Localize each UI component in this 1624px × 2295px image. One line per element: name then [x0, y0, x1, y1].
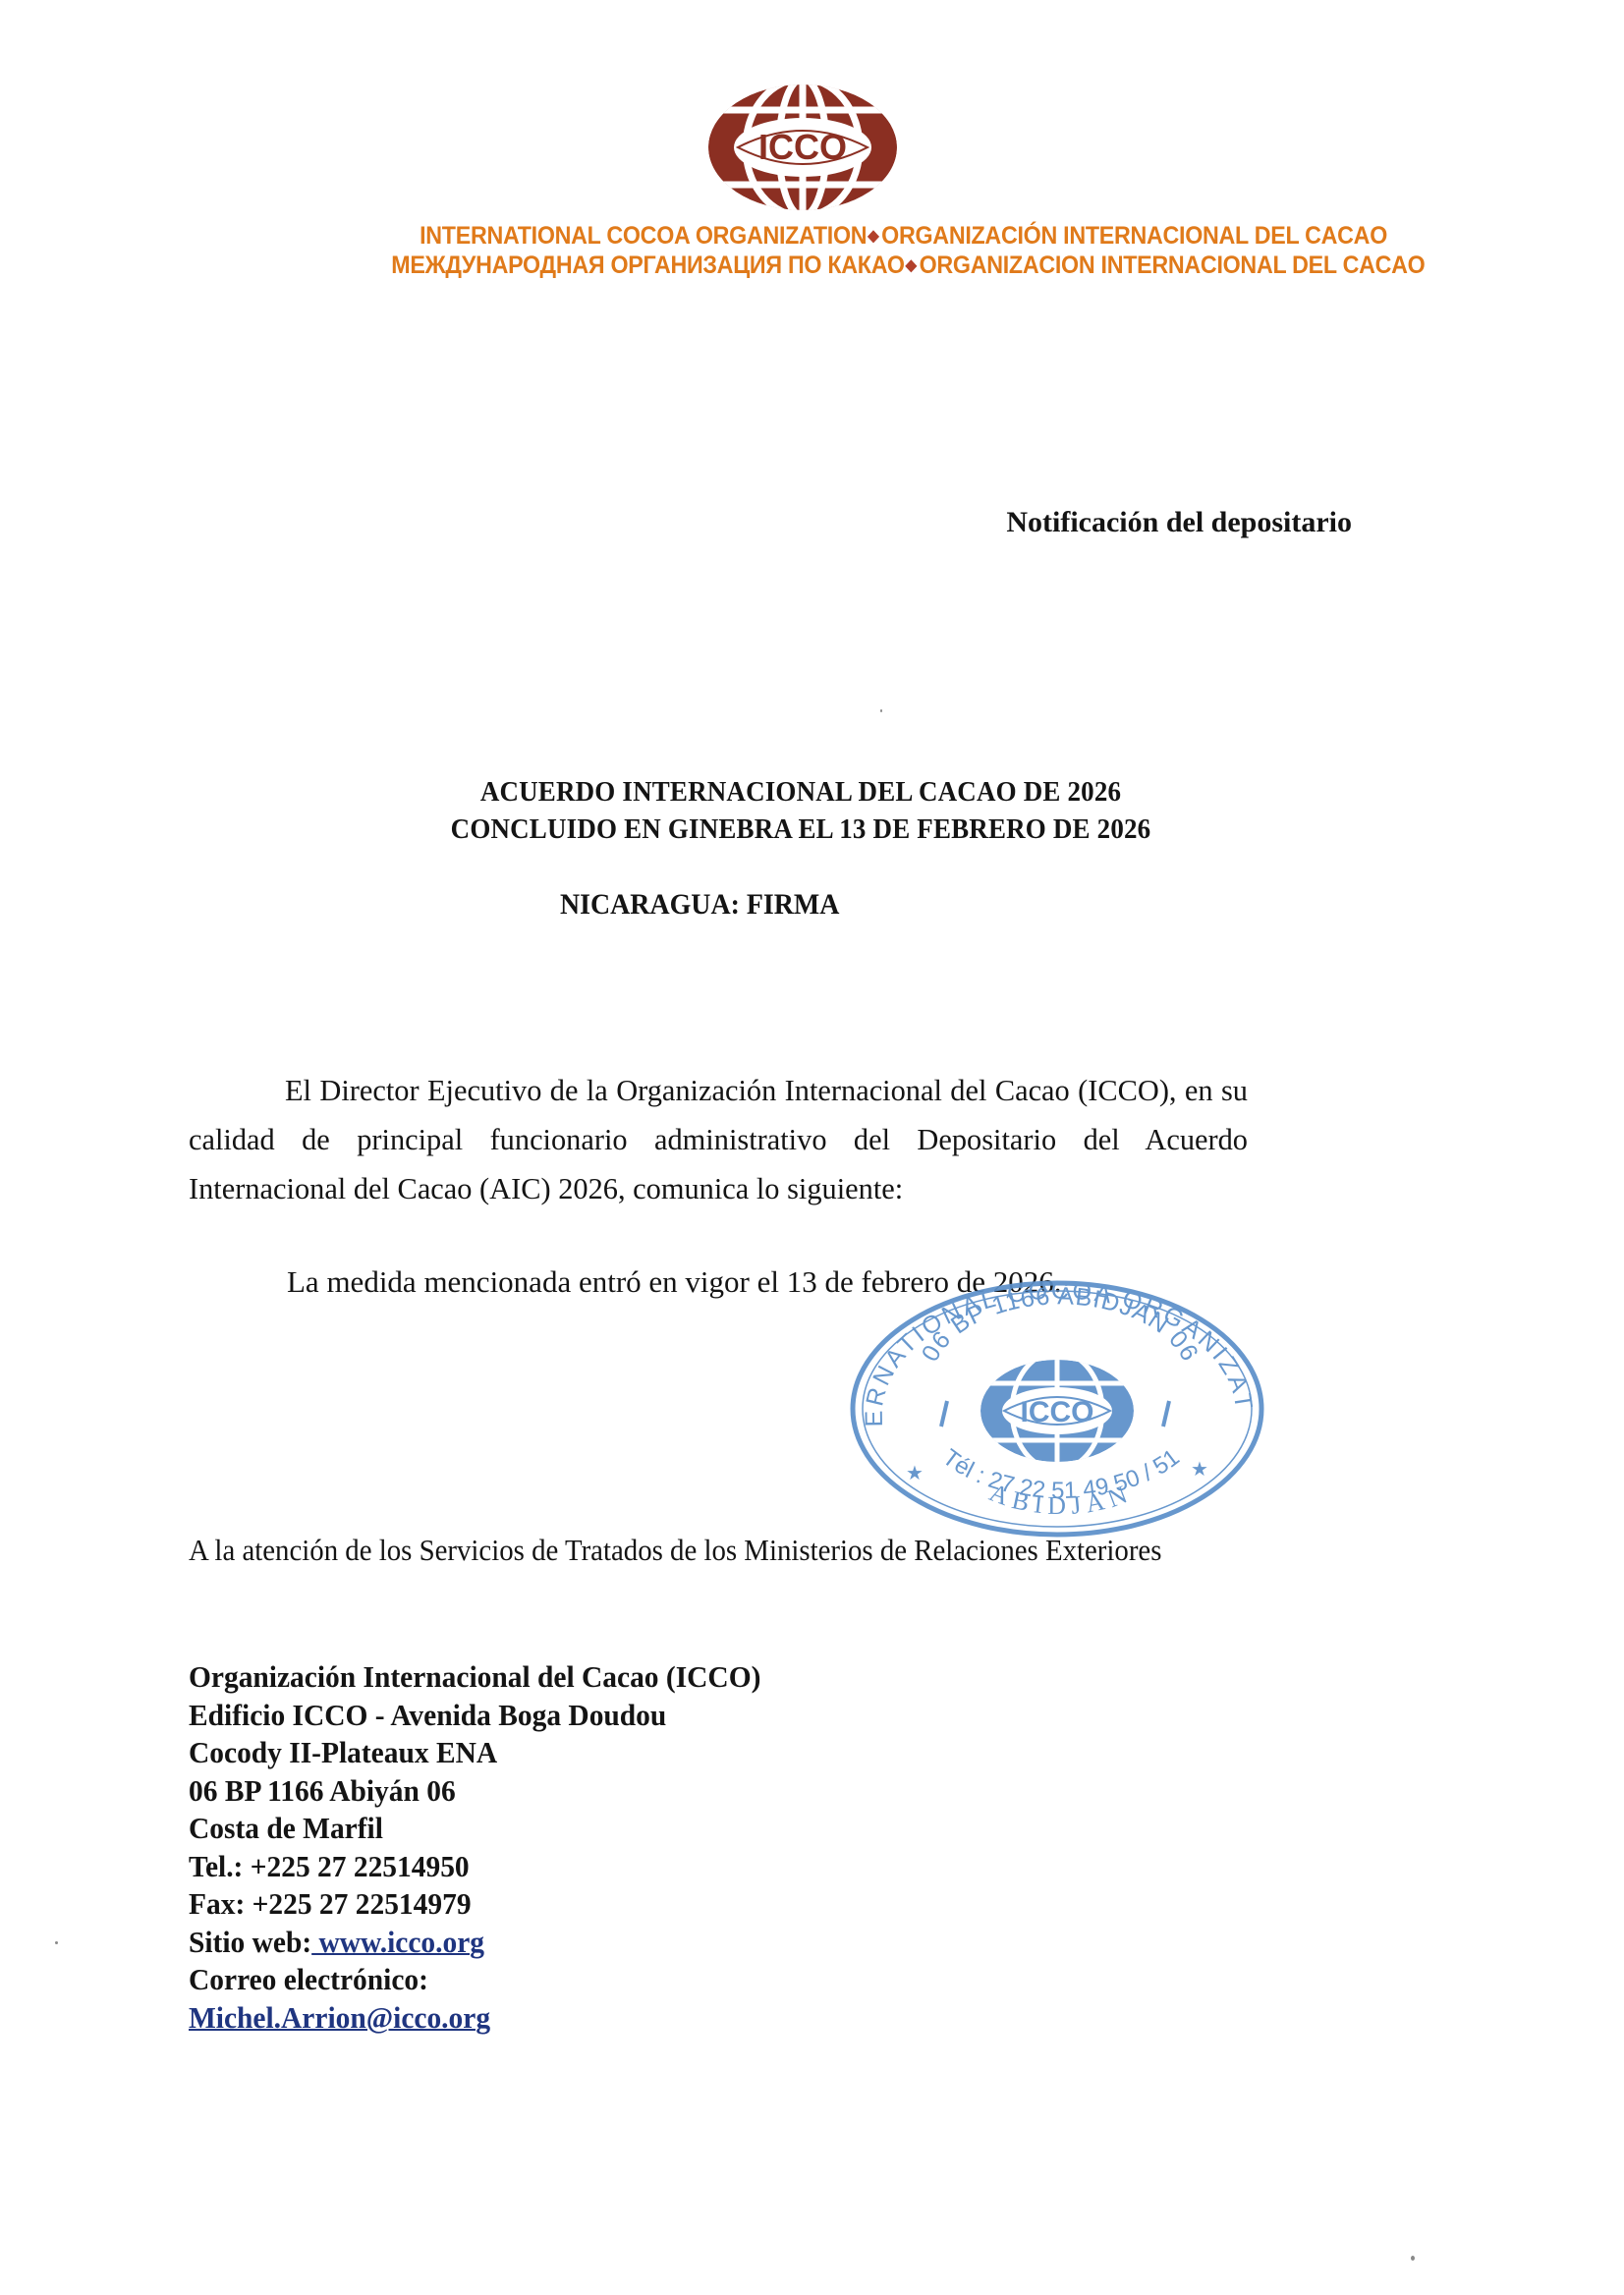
address-org: Organización Internacional del Cacao (IC…	[189, 1658, 760, 1697]
scan-speck	[880, 709, 882, 712]
notification-title: Notificación del depositario	[884, 506, 1352, 539]
address-postal: 06 BP 1166 Abiyán 06	[189, 1772, 760, 1811]
action-title: NICARAGUA: FIRMA	[560, 888, 839, 922]
icco-logo: ICCO	[705, 81, 900, 214]
email-label: Correo electrónico:	[189, 1961, 760, 1999]
address-district: Cocody II-Plateaux ENA	[189, 1734, 760, 1772]
org-name-line-1: INTERNATIONAL COCOA ORGANIZATION◆ORGANIZ…	[391, 222, 1387, 251]
agreement-title-line-2: CONCLUIDO EN GINEBRA EL 13 DE FEBRERO DE…	[321, 813, 1281, 846]
email-link[interactable]: Michel.Arrion@icco.org	[189, 2000, 490, 2035]
web-label: Sitio web:	[189, 1925, 311, 1959]
svg-text:★: ★	[1191, 1457, 1208, 1481]
address-block: Organización Internacional del Cacao (IC…	[189, 1658, 791, 2037]
website-link[interactable]: www.icco.org	[311, 1925, 484, 1959]
attention-line: A la atención de los Servicios de Tratad…	[189, 1533, 1161, 1568]
org-name-english: INTERNATIONAL COCOA ORGANIZATION	[420, 222, 867, 250]
svg-text:★: ★	[906, 1461, 924, 1484]
address-building: Edificio ICCO - Avenida Boga Doudou	[189, 1697, 760, 1735]
address-fax: Fax: +225 27 22514979	[189, 1885, 760, 1924]
intro-paragraph: El Director Ejecutivo de la Organización…	[189, 1066, 1248, 1213]
org-name-russian: МЕЖДУНАРОДНАЯ ОРГАНИЗАЦИЯ ПО КАКАО	[391, 252, 904, 279]
diamond-separator-icon: ◆	[867, 228, 881, 245]
diamond-separator-icon: ◆	[905, 257, 920, 274]
scan-speck	[55, 1941, 58, 1944]
svg-text:ICCO: ICCO	[1021, 1396, 1094, 1428]
official-stamp: ICCO INTERNATIONAL COCOA ORGANIZATION 06…	[845, 1273, 1267, 1539]
agreement-title-line-1: ACUERDO INTERNACIONAL DEL CACAO DE 2026	[321, 776, 1281, 809]
address-web: Sitio web: www.icco.org	[189, 1924, 760, 1962]
org-name-spanish-alt: ORGANIZACION INTERNACIONAL DEL CACAO	[920, 252, 1426, 279]
address-tel: Tel.: +225 27 22514950	[189, 1848, 760, 1886]
svg-text:06 BP 1166 ABIDJAN 06: 06 BP 1166 ABIDJAN 06	[917, 1282, 1204, 1366]
org-name-spanish: ORGANIZACIÓN INTERNACIONAL DEL CACAO	[881, 222, 1387, 250]
scan-speck	[1411, 2256, 1415, 2261]
address-country: Costa de Marfil	[189, 1810, 760, 1848]
org-name-line-2: МЕЖДУНАРОДНАЯ ОРГАНИЗАЦИЯ ПО КАКАО◆ORGAN…	[391, 252, 1387, 280]
svg-text:ICCO: ICCO	[758, 127, 847, 167]
